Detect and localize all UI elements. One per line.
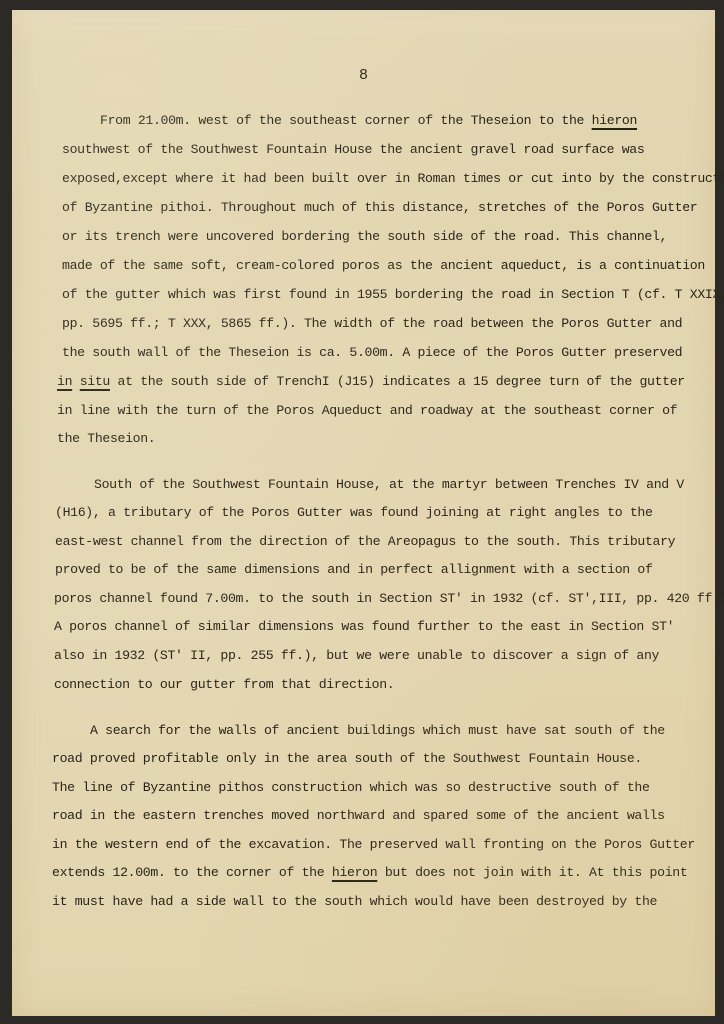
paragraph-2-line-6: A poros channel of similar dimensions wa… (54, 619, 674, 635)
text-run: extends 12.00m. to the corner of the (52, 865, 332, 880)
paragraph-1-line-5: or its trench were uncovered bordering t… (62, 229, 667, 245)
paragraph-2-line-2: (H16), a tributary of the Poros Gutter w… (55, 505, 653, 521)
page-number: 8 (12, 67, 715, 84)
paragraph-2-line-7: also in 1932 (ST' II, pp. 255 ff.), but … (54, 648, 659, 664)
paragraph-2-line-1: South of the Southwest Fountain House, a… (94, 477, 684, 493)
paragraph-1-line-7: of the gutter which was first found in 1… (62, 287, 724, 303)
typewritten-paper-sheet: 8 From 21.00m. west of the southeast cor… (12, 10, 715, 1016)
paragraph-2-line-3: east-west channel from the direction of … (55, 534, 675, 550)
paragraph-3-line-2: road proved profitable only in the area … (52, 751, 642, 767)
underlined-term-situ: situ (80, 374, 110, 389)
paragraph-1-line-12: the Theseion. (57, 431, 155, 447)
text-run: at the south side of TrenchI (J15) indic… (110, 374, 685, 389)
paragraph-2-line-8: connection to our gutter from that direc… (54, 677, 394, 693)
paragraph-2-line-5: poros channel found 7.00m. to the south … (54, 591, 724, 607)
underlined-term-hieron: hieron (592, 113, 637, 128)
paragraph-3-line-1: A search for the walls of ancient buildi… (90, 723, 665, 739)
text-run: From 21.00m. west of the southeast corne… (100, 113, 592, 128)
paragraph-1-line-10: in situ at the south side of TrenchI (J1… (57, 374, 685, 390)
underlined-term-in: in (57, 374, 72, 389)
paragraph-1-line-6: made of the same soft, cream-colored por… (62, 258, 705, 274)
paragraph-1-line-1: From 21.00m. west of the southeast corne… (100, 113, 637, 129)
paragraph-3-line-7: it must have had a side wall to the sout… (52, 894, 657, 910)
underlined-term-hieron: hieron (332, 865, 377, 880)
scanned-page: 8 From 21.00m. west of the southeast cor… (0, 0, 724, 1024)
paragraph-3-line-4: road in the eastern trenches moved north… (52, 808, 665, 824)
paragraph-1-line-3: exposed,except where it had been built o… (62, 171, 724, 187)
paragraph-3-line-5: in the western end of the excavation. Th… (52, 837, 695, 853)
paragraph-1-line-4: of Byzantine pithoi. Throughout much of … (62, 200, 697, 216)
paragraph-2-line-4: proved to be of the same dimensions and … (55, 562, 653, 578)
paragraph-1-line-2: southwest of the Southwest Fountain Hous… (62, 142, 644, 158)
paragraph-3-line-3: The line of Byzantine pithos constructio… (52, 780, 650, 796)
text-run: but does not join with it. At this point (377, 865, 687, 880)
paragraph-3-line-6: extends 12.00m. to the corner of the hie… (52, 865, 687, 881)
paragraph-1-line-8: pp. 5695 ff.; T XXX, 5865 ff.). The widt… (62, 316, 682, 332)
paragraph-1-line-11: in line with the turn of the Poros Aqued… (57, 403, 677, 419)
paragraph-1-line-9: the south wall of the Theseion is ca. 5.… (62, 345, 682, 361)
